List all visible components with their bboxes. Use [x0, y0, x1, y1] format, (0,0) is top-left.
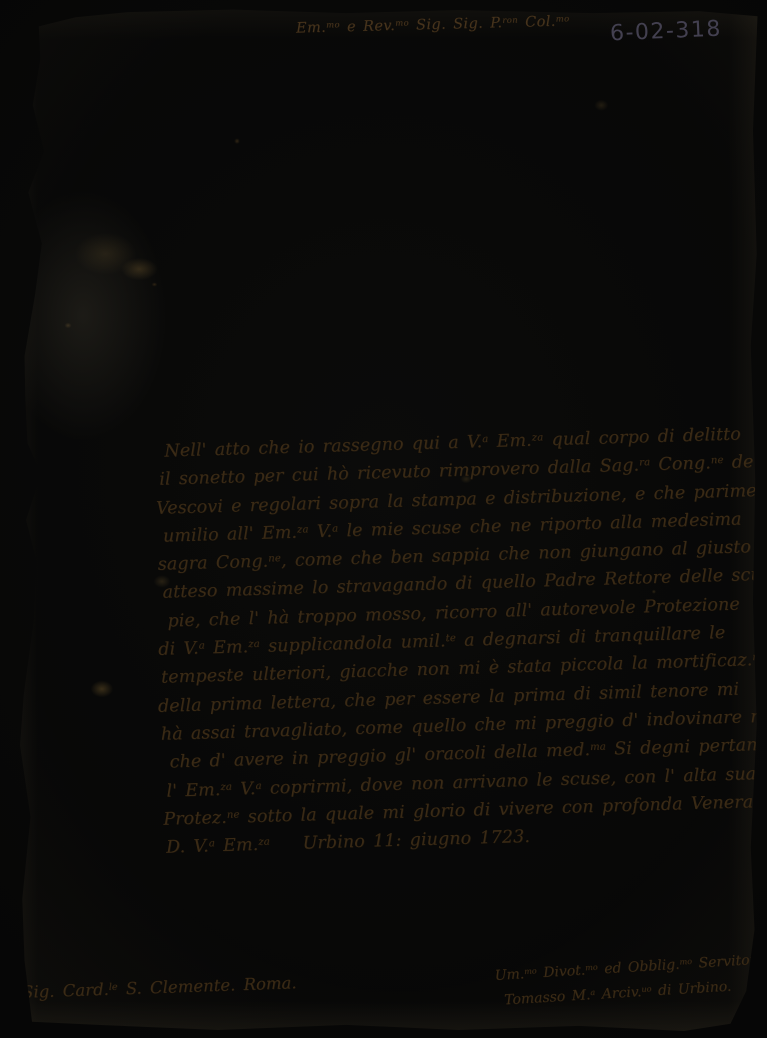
- signature-block: Um.mo Divot.mo ed Obblig.mo Servitore To…: [494, 948, 767, 1014]
- address-line: Sig. Card.le S. Clemente. Roma.: [22, 973, 297, 1002]
- photograph-background: Em.mo e Rev.mo Sig. Sig. P.ron Col.mo 6-…: [0, 0, 767, 1038]
- letter-paper: Em.mo e Rev.mo Sig. Sig. P.ron Col.mo 6-…: [8, 8, 759, 1032]
- archive-number: 6-02-318: [610, 17, 723, 47]
- letter-body: Nell' atto che io rassegno qui a V.a Em.…: [150, 418, 767, 862]
- salutation-line: Em.mo e Rev.mo Sig. Sig. P.ron Col.mo: [296, 13, 570, 36]
